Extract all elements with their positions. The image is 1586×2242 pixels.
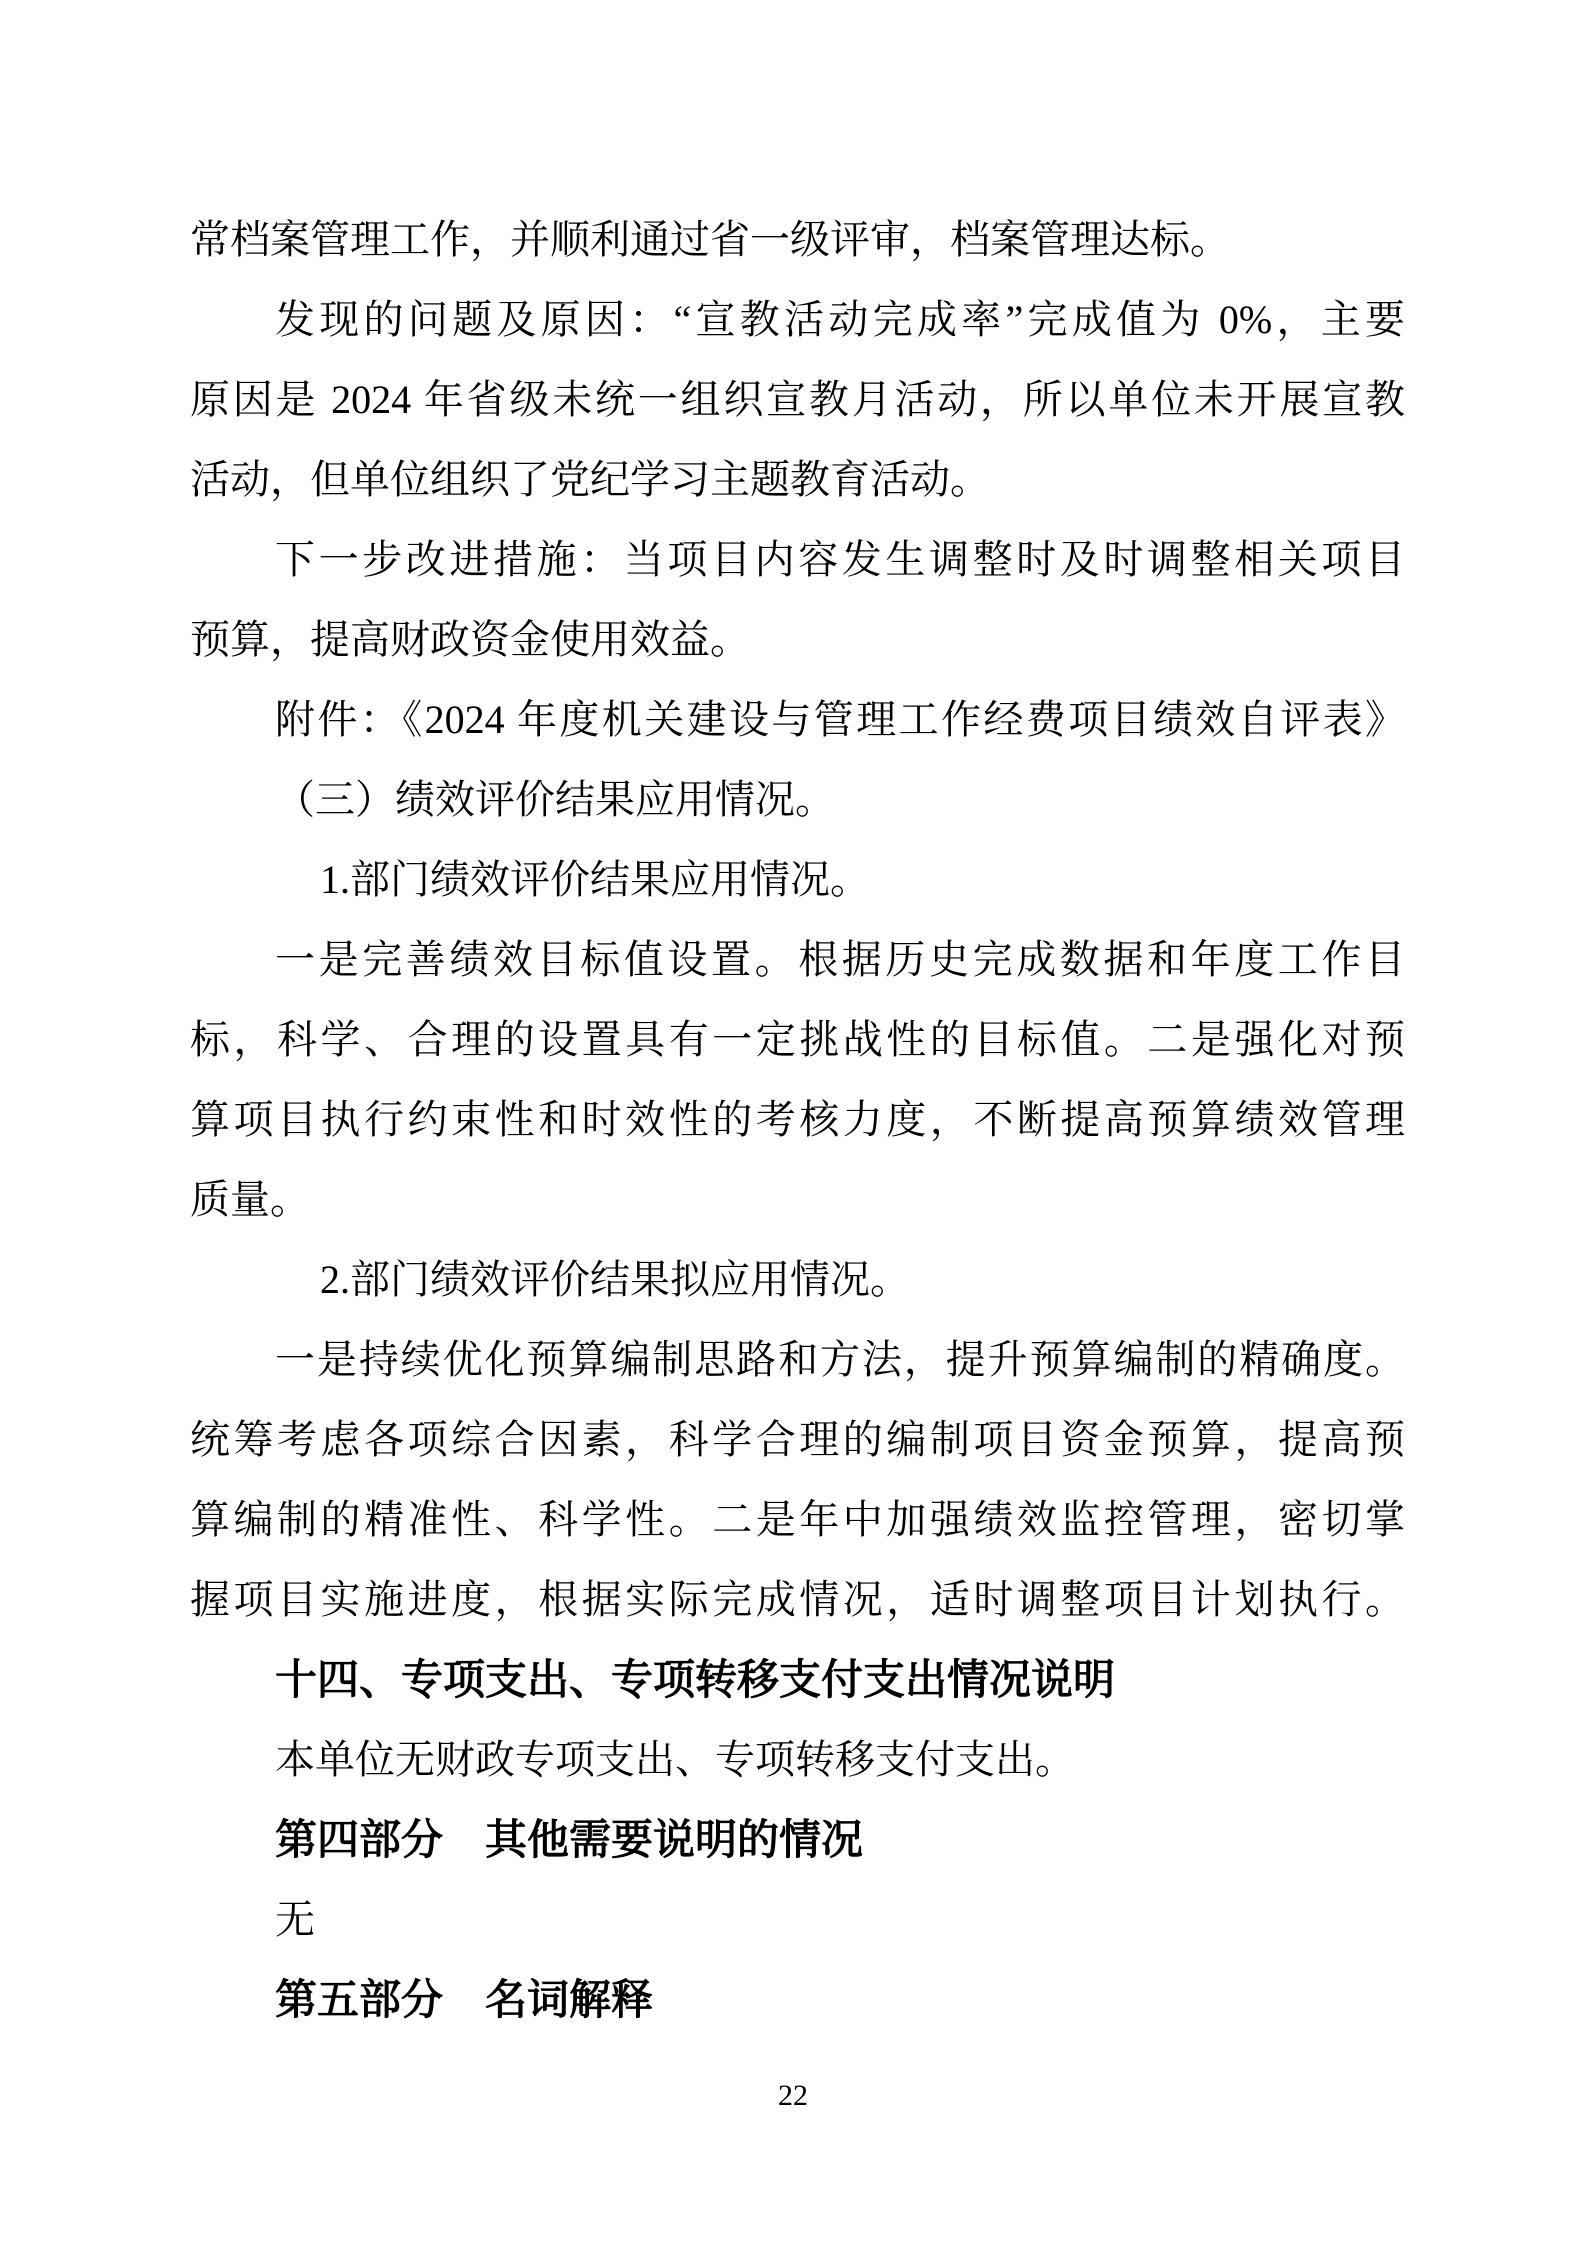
body-text-line: 发现的问题及原因：“宣教活动完成率”完成值为 0%，主要 [190, 280, 1405, 360]
body-text-line: 附件：《2024 年度机关建设与管理工作经费项目绩效自评表》 [190, 680, 1405, 760]
body-text-line: 2.部门绩效评价结果拟应用情况。 [190, 1240, 1405, 1320]
body-text-line: 质量。 [190, 1160, 1405, 1240]
body-text-line: 活动，但单位组织了党纪学习主题教育活动。 [190, 440, 1405, 520]
body-text-line: 统筹考虑各项综合因素，科学合理的编制项目资金预算，提高预 [190, 1400, 1405, 1480]
body-text-line: 握项目实施进度，根据实际完成情况，适时调整项目计划执行。 [190, 1560, 1405, 1640]
body-text-line: 算项目执行约束性和时效性的考核力度，不断提高预算绩效管理 [190, 1080, 1405, 1160]
body-text-line: 无 [190, 1880, 1405, 1960]
section-heading-line: 十四、专项支出、专项转移支付支出情况说明 [190, 1640, 1405, 1720]
body-text-line: 一是完善绩效目标值设置。根据历史完成数据和年度工作目 [190, 920, 1405, 1000]
body-text-line: （三）绩效评价结果应用情况。 [190, 760, 1405, 840]
body-text-line: 原因是 2024 年省级未统一组织宣教月活动，所以单位未开展宣教 [190, 360, 1405, 440]
body-text-line: 标，科学、合理的设置具有一定挑战性的目标值。二是强化对预 [190, 1000, 1405, 1080]
body-text-line: 算编制的精准性、科学性。二是年中加强绩效监控管理，密切掌 [190, 1480, 1405, 1560]
body-text-line: 预算，提高财政资金使用效益。 [190, 600, 1405, 680]
section-heading-line: 第五部分 名词解释 [190, 1960, 1405, 2040]
document-page: 常档案管理工作，并顺利通过省一级评审，档案管理达标。发现的问题及原因：“宣教活动… [0, 0, 1586, 2242]
body-text-line: 常档案管理工作，并顺利通过省一级评审，档案管理达标。 [190, 200, 1405, 280]
body-text-line: 1.部门绩效评价结果应用情况。 [190, 840, 1405, 920]
section-heading-line: 第四部分 其他需要说明的情况 [190, 1800, 1405, 1880]
page-number: 22 [0, 2072, 1586, 2120]
document-text-block: 常档案管理工作，并顺利通过省一级评审，档案管理达标。发现的问题及原因：“宣教活动… [190, 200, 1405, 2040]
body-text-line: 下一步改进措施：当项目内容发生调整时及时调整相关项目 [190, 520, 1405, 600]
body-text-line: 本单位无财政专项支出、专项转移支付支出。 [190, 1720, 1405, 1800]
body-text-line: 一是持续优化预算编制思路和方法，提升预算编制的精确度。 [190, 1320, 1405, 1400]
